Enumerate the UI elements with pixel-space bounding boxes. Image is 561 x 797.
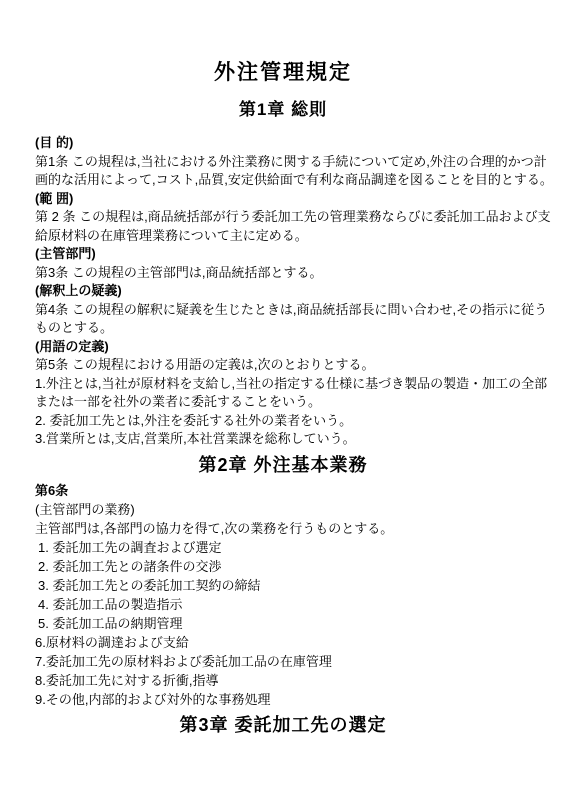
chapter-2-body: 第6条 (主管部門の業務) 主管部門は,各部門の協力を得て,次の業務を行うものと…	[35, 481, 531, 709]
definition-item-1-line-1: 1.外注とは,当社が原材料を支給し,当社の指定する仕様に基づき製品の製造・加工の…	[35, 375, 531, 394]
chapter-3-heading: 第3章 委託加工先の選定	[35, 713, 531, 737]
duty-item-2: 2. 委託加工先との諸条件の交渉	[35, 557, 531, 576]
section-heading-interpretation: (解釈上の疑義)	[35, 282, 531, 301]
duty-item-5: 5. 委託加工品の納期管理	[35, 614, 531, 633]
article-3-line-1: 第3条 この規程の主管部門は,商品統括部とする。	[35, 264, 531, 283]
section-heading-supervising-department: (主管部門)	[35, 245, 531, 264]
article-1-line-1: 第1条 この規程は,当社における外注業務に関する手続について定め,外注の合理的か…	[35, 153, 531, 172]
document-title: 外注管理規定	[35, 60, 531, 86]
duty-item-6: 6.原材料の調達および支給	[35, 633, 531, 652]
document-page: 外注管理規定 第1章 総則 (目 的) 第1条 この規程は,当社における外注業務…	[0, 0, 561, 797]
chapter-1-heading: 第1章 総則	[35, 99, 531, 121]
article-5-line-1: 第5条 この規程における用語の定義は,次のとおりとする。	[35, 356, 531, 375]
article-4-line-2: ものとする。	[35, 319, 531, 338]
section-heading-supervising-duties: (主管部門の業務)	[35, 500, 531, 519]
duty-item-4: 4. 委託加工品の製造指示	[35, 595, 531, 614]
duty-item-9: 9.その他,内部的および対外的な事務処理	[35, 690, 531, 709]
chapter-2-heading: 第2章 外注基本業務	[35, 453, 531, 477]
definition-item-2: 2. 委託加工先とは,外注を委託する社外の業者をいう。	[35, 412, 531, 431]
section-heading-definitions: (用語の定義)	[35, 338, 531, 357]
section-heading-scope: (範 囲)	[35, 190, 531, 209]
definition-item-3: 3.営業所とは,支店,営業所,本社営業課を総称していう。	[35, 430, 531, 449]
article-6-heading: 第6条	[35, 481, 531, 500]
definition-item-1-line-2: または一部を社外の業者に委託することをいう。	[35, 393, 531, 412]
article-2-line-1: 第 2 条 この規程は,商品統括部が行う委託加工先の管理業務ならびに委託加工品お…	[35, 208, 531, 227]
article-1-line-2: 画的な活用によって,コスト,品質,安定供給面で有利な商品調達を図ることを目的とす…	[35, 171, 531, 190]
duties-intro: 主管部門は,各部門の協力を得て,次の業務を行うものとする。	[35, 519, 531, 538]
chapter-1-body: (目 的) 第1条 この規程は,当社における外注業務に関する手続について定め,外…	[35, 134, 531, 449]
section-heading-purpose: (目 的)	[35, 134, 531, 153]
duty-item-8: 8.委託加工先に対する折衝,指導	[35, 671, 531, 690]
article-4-line-1: 第4条 この規程の解釈に疑義を生じたときは,商品統括部長に問い合わせ,その指示に…	[35, 301, 531, 320]
duty-item-3: 3. 委託加工先との委託加工契約の締結	[35, 576, 531, 595]
duty-item-7: 7.委託加工先の原材料および委託加工品の在庫管理	[35, 652, 531, 671]
duty-item-1: 1. 委託加工先の調査および選定	[35, 538, 531, 557]
article-2-line-2: 給原材料の在庫管理業務について主に定める。	[35, 227, 531, 246]
